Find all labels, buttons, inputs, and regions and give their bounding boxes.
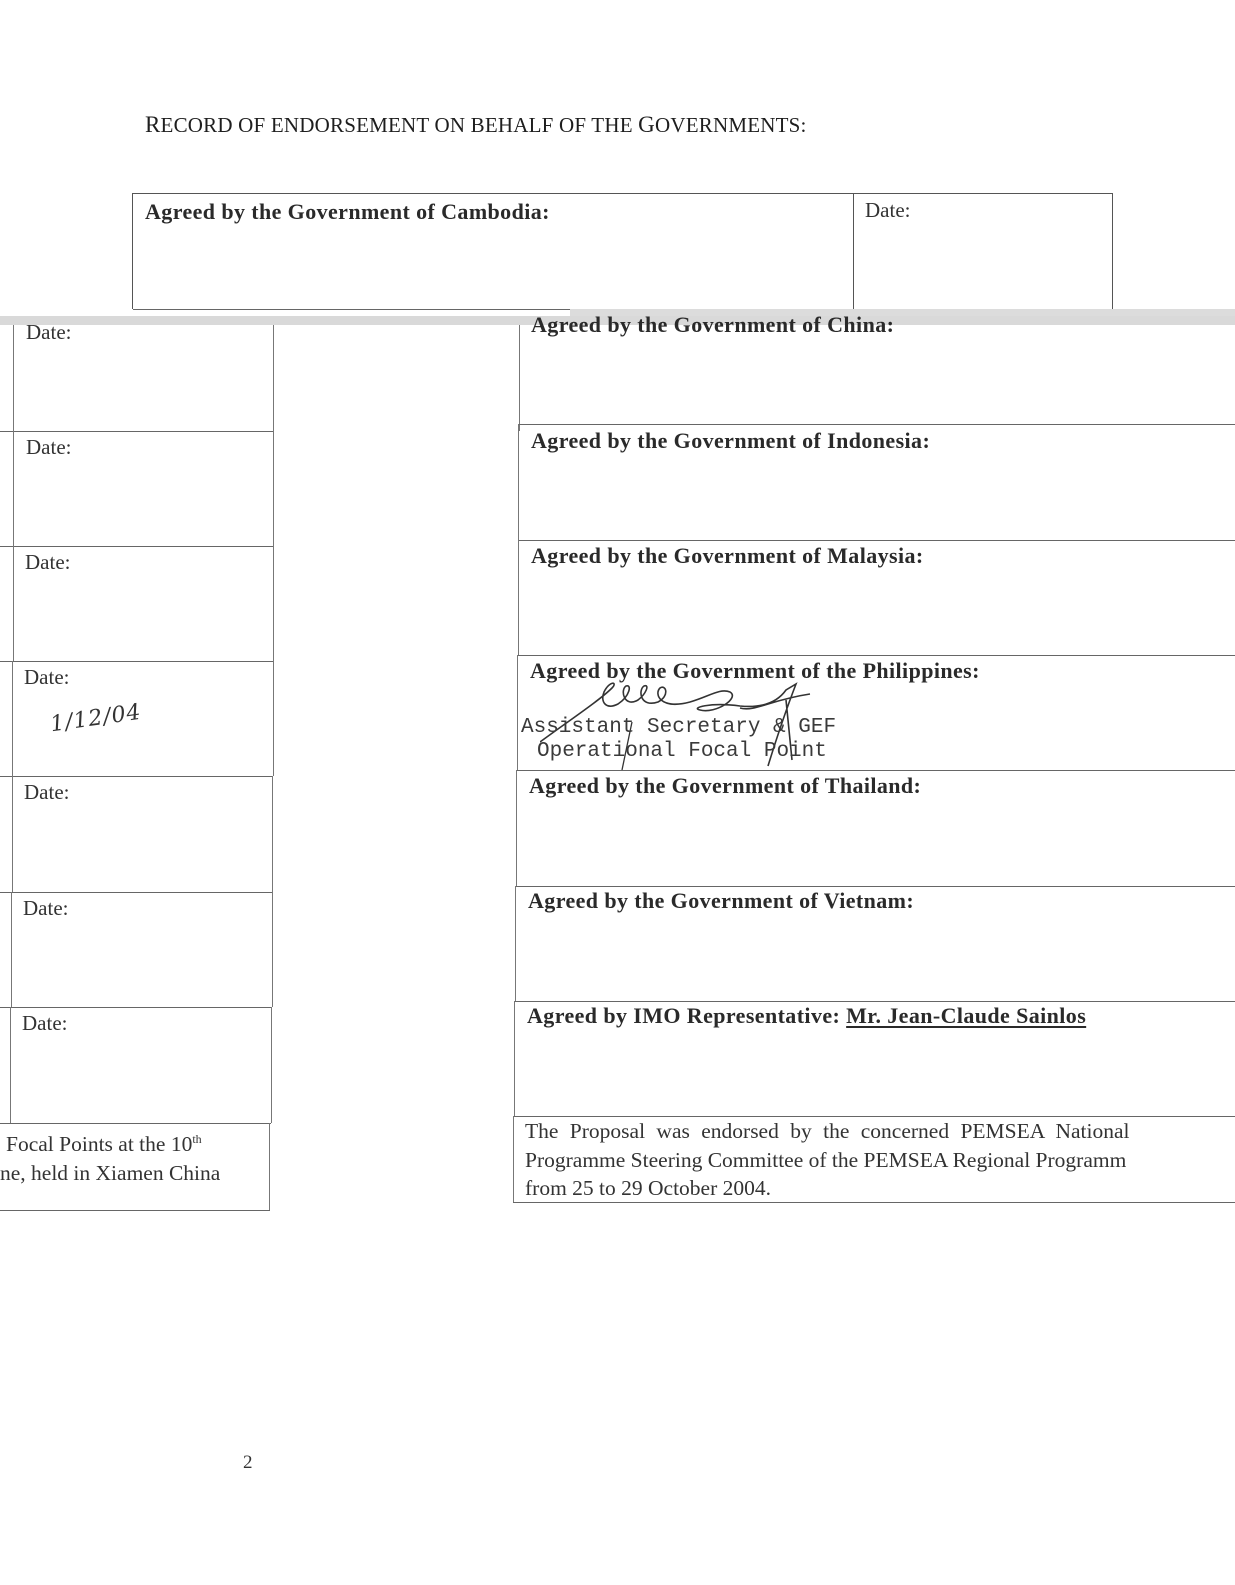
- cell-border: [271, 1007, 272, 1123]
- cambodia-label: Agreed by the Government of Cambodia:: [145, 199, 550, 225]
- ordinal-suffix: th: [192, 1132, 201, 1146]
- cell-border: [11, 892, 12, 1007]
- heading-text-2: ENDORSEMENT ON BEHALF OF THE: [271, 113, 638, 137]
- date-label: Date:: [26, 435, 71, 460]
- date-label: Date:: [26, 320, 71, 345]
- row-divider: [0, 431, 274, 432]
- cell-border: [13, 325, 14, 431]
- row-divider: [0, 892, 273, 893]
- cell-border: [514, 1001, 515, 1116]
- cell-border: [519, 325, 520, 431]
- endorsement-line1: The Proposal was endorsed by the concern…: [525, 1119, 1130, 1143]
- vietnam-label: Agreed by the Government of Vietnam:: [528, 888, 914, 914]
- indonesia-label: Agreed by the Government of Indonesia:: [531, 428, 930, 454]
- row-divider: [0, 1123, 271, 1124]
- signatory-title-line1: Assistant Secretary & GEF: [521, 716, 836, 739]
- table-bottom-border: [0, 1210, 270, 1211]
- endorsement-line2: Programme Steering Committee of the PEMS…: [525, 1148, 1126, 1172]
- cambodia-date-label: Date:: [865, 198, 910, 223]
- malaysia-label: Agreed by the Government of Malaysia:: [531, 543, 924, 569]
- focal-points-text: Focal Points at the 10th ne, held in Xia…: [6, 1125, 258, 1187]
- heading-initial-g: G: [638, 112, 655, 137]
- cell-border: [13, 546, 14, 661]
- cell-border: [518, 540, 519, 655]
- date-label: Date:: [24, 665, 69, 690]
- row-divider: [0, 546, 274, 547]
- cell-border: [13, 431, 14, 546]
- endorsement-line3: from 25 to 29 October 2004.: [525, 1176, 771, 1200]
- cell-border: [272, 892, 273, 1007]
- row-divider: [0, 661, 274, 662]
- row-divider: [518, 655, 1235, 656]
- thailand-label: Agreed by the Government of Thailand:: [529, 773, 921, 799]
- cell-border: [518, 424, 519, 540]
- date-label: Date:: [25, 550, 70, 575]
- row-divider: [0, 776, 273, 777]
- cell-border: [12, 776, 13, 892]
- heading-initial: R: [145, 112, 161, 137]
- date-label: Date:: [22, 1011, 67, 1036]
- column-divider: [853, 194, 854, 309]
- handwritten-date: 1/12/04: [49, 700, 143, 738]
- focal-points-line2: ne, held in Xiamen China: [0, 1161, 220, 1185]
- cell-border: [516, 770, 517, 886]
- cell-border: [517, 655, 518, 770]
- cell-border: [10, 1007, 11, 1123]
- cell-border: [273, 546, 274, 661]
- row-divider: [0, 1007, 272, 1008]
- imo-label: Agreed by IMO Representative: Mr. Jean-C…: [527, 1003, 1086, 1029]
- date-label: Date:: [24, 780, 69, 805]
- endorsement-paragraph: The Proposal was endorsed by the concern…: [525, 1117, 1235, 1203]
- row-divider: [518, 540, 1235, 541]
- cell-border: [273, 431, 274, 546]
- cambodia-endorsement-row: Agreed by the Government of Cambodia: Da…: [132, 193, 1113, 309]
- cell-border: [273, 661, 274, 776]
- cell-border: [515, 886, 516, 1001]
- imo-representative-name: Mr. Jean-Claude Sainlos: [846, 1003, 1086, 1028]
- signatory-title-line2: Operational Focal Point: [537, 740, 827, 763]
- row-divider: [519, 424, 1235, 425]
- cell-border: [513, 1116, 514, 1202]
- page-number: 2: [243, 1452, 253, 1474]
- row-divider: [515, 1001, 1235, 1002]
- page-heading: RECORD OF ENDORSEMENT ON BEHALF OF THE G…: [145, 112, 807, 138]
- date-label: Date:: [23, 896, 68, 921]
- china-label: Agreed by the Government of China:: [531, 312, 894, 338]
- focal-points-line1: Focal Points at the 10: [6, 1132, 192, 1156]
- row-divider: [516, 886, 1235, 887]
- imo-label-text: Agreed by IMO Representative:: [527, 1003, 846, 1028]
- row-divider: [517, 770, 1235, 771]
- cell-border: [273, 325, 274, 431]
- heading-text-3: OVERNMENTS:: [655, 113, 807, 137]
- heading-text-1: ECORD OF: [161, 113, 271, 137]
- cell-border: [269, 1123, 270, 1211]
- cell-border: [272, 776, 273, 892]
- cell-border: [12, 661, 13, 776]
